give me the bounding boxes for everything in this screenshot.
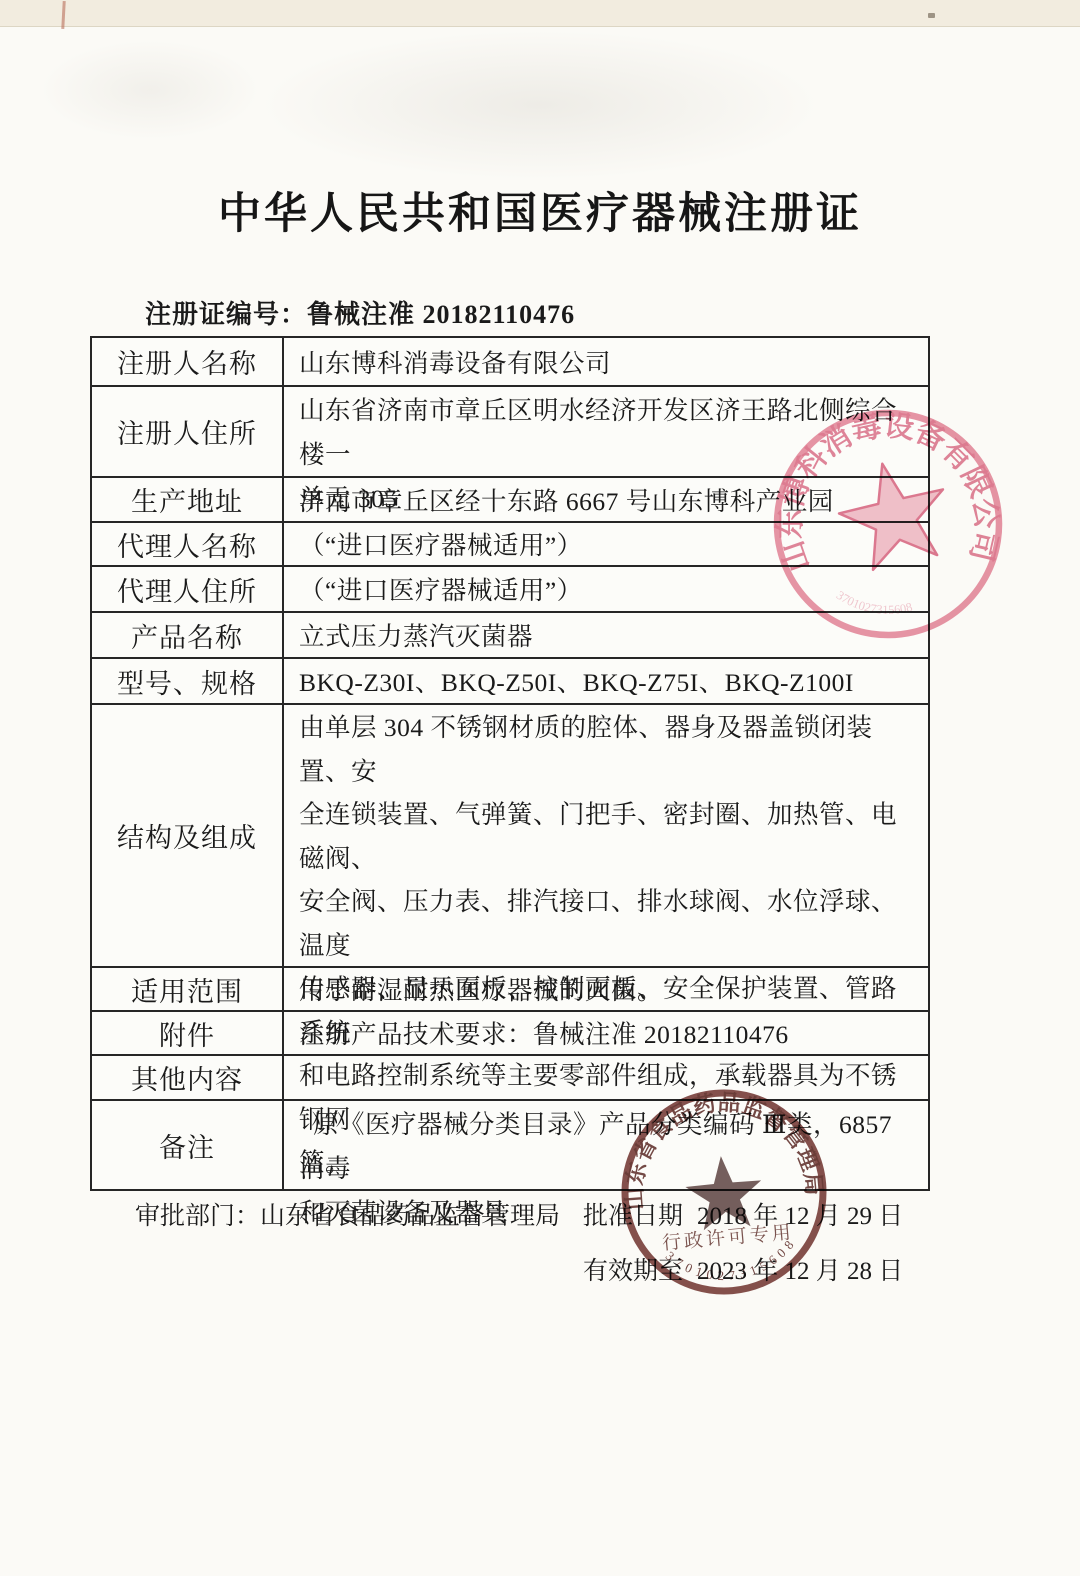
scan-top-band: [0, 0, 1080, 27]
row-value: 山东博科消毒设备有限公司: [284, 338, 928, 385]
row-label: 结构及组成: [92, 705, 284, 966]
table-row: 其他内容: [92, 1054, 928, 1099]
table-row: 适用范围 用于耐湿耐热医疗器械的灭菌。: [92, 966, 928, 1010]
table-row: 结构及组成 由单层 304 不锈钢材质的腔体、器身及器盖锁闭装置、安 全连锁装置…: [92, 703, 928, 966]
row-value: 立式压力蒸汽灭菌器: [284, 613, 928, 657]
row-value: 由单层 304 不锈钢材质的腔体、器身及器盖锁闭装置、安 全连锁装置、气弹簧、门…: [284, 705, 928, 966]
approval-department-line: 审批部门：山东省食品药品监督管理局: [135, 1196, 560, 1232]
row-value: 山东省济南市章丘区明水经济开发区济王路北侧综合楼一 单元 305: [284, 387, 928, 476]
registration-number-value: 鲁械注准 20182110476: [307, 300, 575, 329]
approval-date-label: 批准日期: [583, 1203, 683, 1230]
valid-until-line: 有效期至2023 年 12 月 28 日: [583, 1251, 903, 1287]
table-row: 型号、规格 BKQ-Z30I、BKQ-Z50I、BKQ-Z75I、BKQ-Z10…: [92, 657, 928, 703]
table-row: 产品名称 立式压力蒸汽灭菌器: [92, 611, 928, 657]
table-row: 代理人住所 （“进口医疗器械适用”）: [92, 565, 928, 611]
row-label: 适用范围: [92, 968, 284, 1010]
row-label: 附件: [92, 1012, 284, 1054]
table-row: 代理人名称 （“进口医疗器械适用”）: [92, 521, 928, 565]
row-value: 济南市章丘区经十东路 6667 号山东博科产业园: [284, 478, 928, 521]
row-label: 注册人住所: [92, 387, 284, 476]
scan-smudge: [260, 30, 820, 180]
table-row: 附件 注册产品技术要求：鲁械注准 20182110476: [92, 1010, 928, 1054]
approval-date-value: 2018 年 12 月 29 日: [697, 1203, 903, 1230]
row-value: （“进口医疗器械适用”）: [284, 567, 928, 611]
row-value: [284, 1056, 928, 1099]
row-label: 产品名称: [92, 613, 284, 657]
row-label: 代理人名称: [92, 523, 284, 565]
row-value: 用于耐湿耐热医疗器械的灭菌。: [284, 968, 928, 1010]
row-value: （“进口医疗器械适用”）: [284, 523, 928, 565]
row-label: 代理人住所: [92, 567, 284, 611]
scan-smudge: [40, 40, 260, 140]
scan-speck: [928, 13, 935, 18]
certificate-table: 注册人名称 山东博科消毒设备有限公司 注册人住所 山东省济南市章丘区明水经济开发…: [90, 336, 930, 1191]
certificate-title: 中华人民共和国医疗器械注册证: [0, 180, 1080, 241]
table-row: 注册人名称 山东博科消毒设备有限公司: [92, 338, 928, 385]
registration-number-line: 注册证编号：鲁械注准 20182110476: [145, 294, 575, 331]
registration-number-label: 注册证编号：: [145, 300, 307, 329]
approval-department-label: 审批部门：: [135, 1203, 260, 1230]
valid-until-value: 2023 年 12 月 28 日: [697, 1258, 903, 1285]
date-lines: 批准日期2018 年 12 月 29 日 有效期至2023 年 12 月 28 …: [583, 1196, 903, 1306]
row-value: 原《医疗器械分类目录》产品分类编码 Ⅲ类，6857 消毒 和灭菌设备及器具: [284, 1101, 928, 1189]
row-label: 注册人名称: [92, 338, 284, 385]
certificate-page: 中华人民共和国医疗器械注册证 注册证编号：鲁械注准 20182110476 注册…: [0, 0, 1080, 1576]
approval-date-line: 批准日期2018 年 12 月 29 日: [583, 1196, 903, 1232]
table-row: 注册人住所 山东省济南市章丘区明水经济开发区济王路北侧综合楼一 单元 305: [92, 385, 928, 476]
row-value: 注册产品技术要求：鲁械注准 20182110476: [284, 1012, 928, 1054]
valid-until-label: 有效期至: [583, 1258, 683, 1285]
row-label: 生产地址: [92, 478, 284, 521]
table-row: 备注 原《医疗器械分类目录》产品分类编码 Ⅲ类，6857 消毒 和灭菌设备及器具: [92, 1099, 928, 1189]
row-label: 备注: [92, 1101, 284, 1189]
row-label: 型号、规格: [92, 659, 284, 703]
row-label: 其他内容: [92, 1056, 284, 1099]
table-row: 生产地址 济南市章丘区经十东路 6667 号山东博科产业园: [92, 476, 928, 521]
approval-department-value: 山东省食品药品监督管理局: [260, 1203, 560, 1230]
row-value: BKQ-Z30I、BKQ-Z50I、BKQ-Z75I、BKQ-Z100I: [284, 659, 928, 703]
